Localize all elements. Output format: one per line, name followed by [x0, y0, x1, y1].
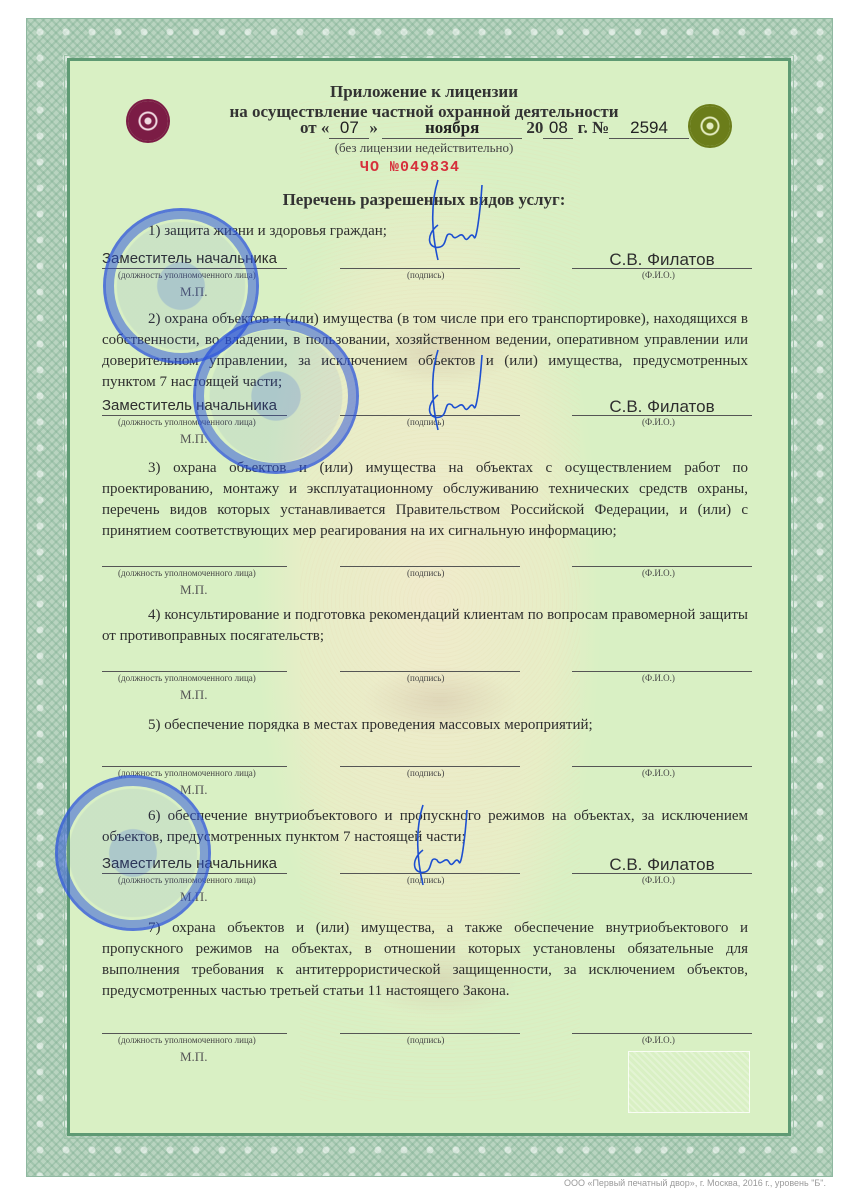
service-item-4: 4) консультирование и подготовка рекомен…: [102, 605, 748, 647]
signature-caption: (подпись): [407, 270, 444, 280]
position-caption: (должность уполномоченного лица): [118, 673, 256, 683]
signature-caption: (подпись): [407, 1035, 444, 1045]
name-caption: (Ф.И.О.): [642, 875, 675, 885]
license-date-number-line: от «07» ноября 2008 г. №2594: [300, 118, 689, 139]
signer-name: С.В. Филатов: [572, 397, 752, 416]
handwritten-signature-icon: [420, 175, 490, 265]
handwritten-signature-icon: [405, 800, 475, 890]
official-seal-stamp-icon: [55, 775, 211, 931]
signer-position: [102, 748, 287, 767]
signer-position: [102, 653, 287, 672]
signature-block-5: (должность уполномоченного лица) (подпис…: [102, 748, 752, 782]
date-prefix: от «: [300, 118, 329, 137]
name-caption: (Ф.И.О.): [642, 568, 675, 578]
signature-block-4: (должность уполномоченного лица) (подпис…: [102, 653, 752, 687]
seal-placeholder: М.П.: [180, 582, 207, 598]
signature-block-3: (должность уполномоченного лица) (подпис…: [102, 548, 752, 582]
document-title: Приложение к лицензии: [0, 82, 848, 102]
seal-placeholder: М.П.: [180, 1049, 207, 1065]
year-prefix: 20: [526, 118, 543, 137]
service-item-7: 7) охрана объектов и (или) имущества, а …: [102, 918, 748, 1002]
official-seal-stamp-icon: [193, 318, 359, 474]
validity-note: (без лицензии недействительно): [0, 140, 848, 156]
signature-line: [340, 548, 520, 567]
security-hologram-area: [628, 1051, 750, 1113]
signature-line: [340, 653, 520, 672]
license-day: 07: [329, 118, 369, 139]
number-prefix: №: [592, 118, 609, 137]
name-caption: (Ф.И.О.): [642, 1035, 675, 1045]
year-suffix: г.: [578, 118, 588, 137]
license-month: ноября: [382, 118, 522, 139]
signer-name: [572, 748, 752, 767]
signature-caption: (подпись): [407, 568, 444, 578]
signer-name: [572, 653, 752, 672]
signature-block-7: (должность уполномоченного лица) (подпис…: [102, 1015, 752, 1049]
signer-name: С.В. Филатов: [572, 250, 752, 269]
signer-position: [102, 548, 287, 567]
service-item-5: 5) обеспечение порядка в местах проведен…: [102, 715, 748, 736]
seal-placeholder: М.П.: [180, 687, 207, 703]
form-serial-number: ЧО №049834: [360, 159, 460, 176]
handwritten-signature-icon: [420, 345, 490, 435]
service-item-3: 3) охрана объектов и (или) имущества на …: [102, 458, 748, 542]
position-caption: (должность уполномоченного лица): [118, 568, 256, 578]
license-number: 2594: [609, 118, 689, 139]
signer-position: [102, 1015, 287, 1034]
license-year: 08: [543, 118, 573, 139]
name-caption: (Ф.И.О.): [642, 673, 675, 683]
position-caption: (должность уполномоченного лица): [118, 1035, 256, 1045]
signature-caption: (подпись): [407, 673, 444, 683]
signer-name: [572, 1015, 752, 1034]
name-caption: (Ф.И.О.): [642, 768, 675, 778]
signature-line: [340, 748, 520, 767]
signer-name: [572, 548, 752, 567]
day-suffix: »: [369, 118, 378, 137]
signature-caption: (подпись): [407, 768, 444, 778]
name-caption: (Ф.И.О.): [642, 417, 675, 427]
name-caption: (Ф.И.О.): [642, 270, 675, 280]
signature-line: [340, 1015, 520, 1034]
signer-name: С.В. Филатов: [572, 855, 752, 874]
printer-imprint: ООО «Первый печатный двор», г. Москва, 2…: [564, 1178, 826, 1188]
